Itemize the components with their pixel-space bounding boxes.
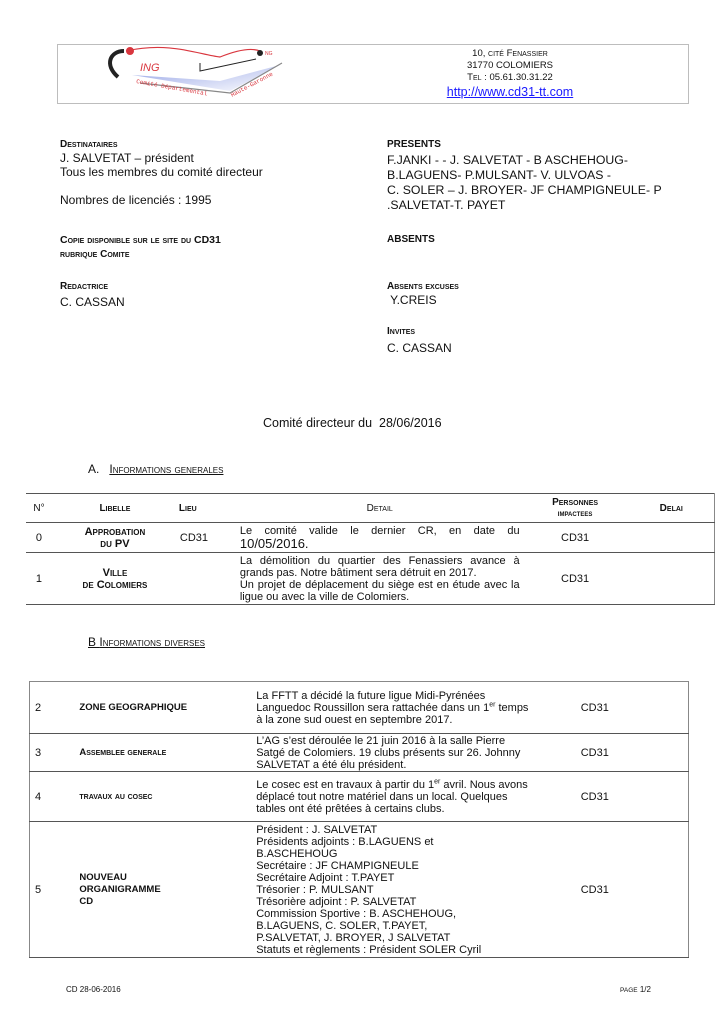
row-libelle-line1: Approbation — [54, 526, 176, 538]
svg-text:ING: ING — [140, 62, 160, 74]
row-personnes: CD31 — [522, 523, 629, 553]
row-libelle-line1: Ville — [54, 567, 176, 579]
address-phone: Tel : 05.61.30.31.22 — [385, 72, 635, 84]
presents-line: B.LAGUENS- P.MULSANT- V. ULVOAS - — [387, 168, 662, 183]
copie-line1: Copie disponible sur le site du CD31 — [60, 234, 221, 246]
svg-text:NG: NG — [265, 51, 273, 57]
row-personnes: CD31 — [534, 772, 689, 822]
row-detail: La FFTT a décidé la future ligue Midi-Py… — [254, 682, 534, 734]
detail-text: La FFTT a décidé la future ligue Midi-Py… — [256, 690, 489, 714]
row-detail-line1: Le comité valide le dernier CR, en date … — [240, 525, 520, 537]
row-lieu — [178, 553, 238, 605]
organigramme-line: B.LAGUENS, C. SOLER, T.PAYET, — [256, 920, 532, 932]
col-personnes-line1: Personnes — [523, 497, 628, 508]
organigramme-line: P.SALVETAT, J. BROYER, J SALVETAT — [256, 932, 532, 944]
absents-excuses-names: Y.CREIS — [387, 293, 437, 308]
row-libelle: Ville de Colomiers — [52, 553, 178, 605]
table-row: 1 Ville de Colomiers La démolition du qu… — [26, 553, 715, 605]
destinataires-label: Destinataires — [60, 139, 118, 150]
row-libelle: ZONE GEOGRAPHIQUE — [77, 682, 254, 734]
row-personnes: CD31 — [522, 553, 629, 605]
absents-label: ABSENTS — [387, 234, 435, 245]
row-detail-para1: La démolition du quartier des Fenassiers… — [240, 555, 520, 579]
row-personnes: CD31 — [534, 822, 689, 958]
row-num: 4 — [30, 772, 78, 822]
section-b-heading: B Informations diverses — [88, 635, 205, 649]
row-num: 1 — [26, 553, 52, 605]
footer-page-label: page — [620, 987, 638, 994]
organigramme-line: Trésorier : P. MULSANT — [256, 884, 532, 896]
row-num: 3 — [30, 734, 78, 772]
row-detail: L’AG s’est déroulée le 21 juin 2016 à la… — [254, 734, 534, 772]
row-libelle: NOUVEAU ORGANIGRAMME CD — [77, 822, 254, 958]
address-block: 10, cité Fenassier 31770 COLOMIERS Tel :… — [385, 48, 635, 100]
row-detail: Le comité valide le dernier CR, en date … — [238, 523, 522, 553]
table-header-row: N° Libelle Lieu Detail Personnes impacte… — [26, 494, 715, 523]
col-personnes-line2: impactees — [523, 508, 628, 519]
section-a-title: Informations generales — [109, 462, 223, 476]
row-detail: Président : J. SALVETAT Présidents adjoi… — [254, 822, 534, 958]
meeting-title: Comité directeur du 28/06/2016 — [263, 416, 442, 430]
organigramme-line: Secrétaire : JF CHAMPIGNEULE — [256, 860, 532, 872]
row-libelle-line2: du PV — [54, 538, 176, 550]
invites-label: Invites — [387, 326, 415, 337]
organigramme-line: Président : J. SALVETAT — [256, 824, 532, 836]
website-link[interactable]: http://www.cd31-tt.com — [385, 84, 635, 100]
row-libelle-line: ORGANIGRAMME — [79, 884, 252, 896]
row-detail: Le cosec est en travaux à partir du 1er … — [254, 772, 534, 822]
presents-line: C. SOLER – J. BROYER- JF CHAMPIGNEULE- P — [387, 183, 662, 198]
col-detail: Detail — [238, 494, 522, 523]
organigramme-line: Statuts et règlements : Président SOLER … — [256, 944, 532, 956]
section-b-title: Informations diverses — [99, 635, 205, 649]
footer-page-number: 1/2 — [640, 985, 651, 994]
organigramme-line: Commission Sportive : B. ASCHEHOUG, — [256, 908, 532, 920]
footer-doc-ref: CD 28-06-2016 — [66, 985, 121, 994]
licencies-count: Nombres de licenciés : 1995 — [60, 193, 211, 208]
row-num: 2 — [30, 682, 78, 734]
row-libelle-text: Assemblee generale — [79, 747, 169, 759]
table-row: 4 travaux au cosec Le cosec est en trava… — [30, 772, 689, 822]
invites-names: C. CASSAN — [387, 341, 452, 356]
detail-text: Le cosec est en travaux à partir du 1 — [256, 779, 434, 791]
redactrice-name: C. CASSAN — [60, 295, 125, 310]
row-libelle: travaux au cosec — [77, 772, 254, 822]
destinataires-line1: J. SALVETAT – président — [60, 151, 194, 166]
organigramme-line: Présidents adjoints : B.LAGUENS et — [256, 836, 532, 848]
row-libelle: Assemblee generale — [77, 734, 254, 772]
row-lieu: CD31 — [178, 523, 238, 553]
row-libelle-line: CD — [79, 896, 252, 908]
col-num: N° — [26, 494, 52, 523]
table-row: 2 ZONE GEOGRAPHIQUE La FFTT a décidé la … — [30, 682, 689, 734]
row-num: 0 — [26, 523, 52, 553]
organigramme-line: B.ASCHEHOUG — [256, 848, 532, 860]
row-personnes: CD31 — [534, 682, 689, 734]
row-libelle-line: NOUVEAU — [79, 872, 252, 884]
detail-text: L’AG s’est déroulée le 21 juin 2016 à la… — [256, 735, 520, 771]
presents-list: F.JANKI - - J. SALVETAT - B ASCHEHOUG- B… — [387, 153, 662, 213]
table-row: 5 NOUVEAU ORGANIGRAMME CD Président : J.… — [30, 822, 689, 958]
section-b-prefix: B — [88, 635, 96, 649]
col-libelle: Libelle — [52, 494, 178, 523]
table-row: 3 Assemblee generale L’AG s’est déroulée… — [30, 734, 689, 772]
redactrice-label: Redactrice — [60, 281, 108, 292]
destinataires-line2: Tous les membres du comité directeur — [60, 165, 263, 180]
row-libelle: Approbation du PV — [52, 523, 178, 553]
row-detail-para2: Un projet de déplacement du siège est en… — [240, 579, 520, 603]
absents-excuses-label: Absents excuses — [387, 281, 459, 292]
footer-page: page 1/2 — [620, 985, 651, 994]
row-detail: La démolition du quartier des Fenassiers… — [238, 553, 522, 605]
organigramme-line: Trésorière adjoint : P. SALVETAT — [256, 896, 532, 908]
table-row: 0 Approbation du PV CD31 Le comité valid… — [26, 523, 715, 553]
row-delai — [629, 553, 715, 605]
informations-generales-table: N° Libelle Lieu Detail Personnes impacte… — [26, 493, 715, 605]
informations-diverses-table: 2 ZONE GEOGRAPHIQUE La FFTT a décidé la … — [29, 681, 689, 958]
address-city: 31770 COLOMIERS — [385, 60, 635, 72]
row-delai — [629, 523, 715, 553]
presents-label: PRESENTS — [387, 139, 441, 150]
section-a-prefix: A. — [88, 462, 99, 476]
committee-logo: ING NG Comité Départemental Haute-Garonn… — [60, 45, 300, 103]
row-detail-line2: 10/05/2016. — [240, 537, 520, 551]
row-libelle-line2: de Colomiers — [54, 579, 176, 591]
section-a-heading: A. Informations generales — [88, 462, 223, 476]
col-delai: Delai — [629, 494, 715, 523]
row-personnes: CD31 — [534, 734, 689, 772]
col-personnes: Personnes impactees — [522, 494, 629, 523]
presents-line: F.JANKI - - J. SALVETAT - B ASCHEHOUG- — [387, 153, 662, 168]
col-lieu: Lieu — [178, 494, 238, 523]
address-street: 10, cité Fenassier — [385, 48, 635, 60]
organigramme-line: Secrétaire Adjoint : T.PAYET — [256, 872, 532, 884]
row-num: 5 — [30, 822, 78, 958]
presents-line: .SALVETAT-T. PAYET — [387, 198, 662, 213]
copie-line2: rubrique Comite — [60, 249, 130, 260]
